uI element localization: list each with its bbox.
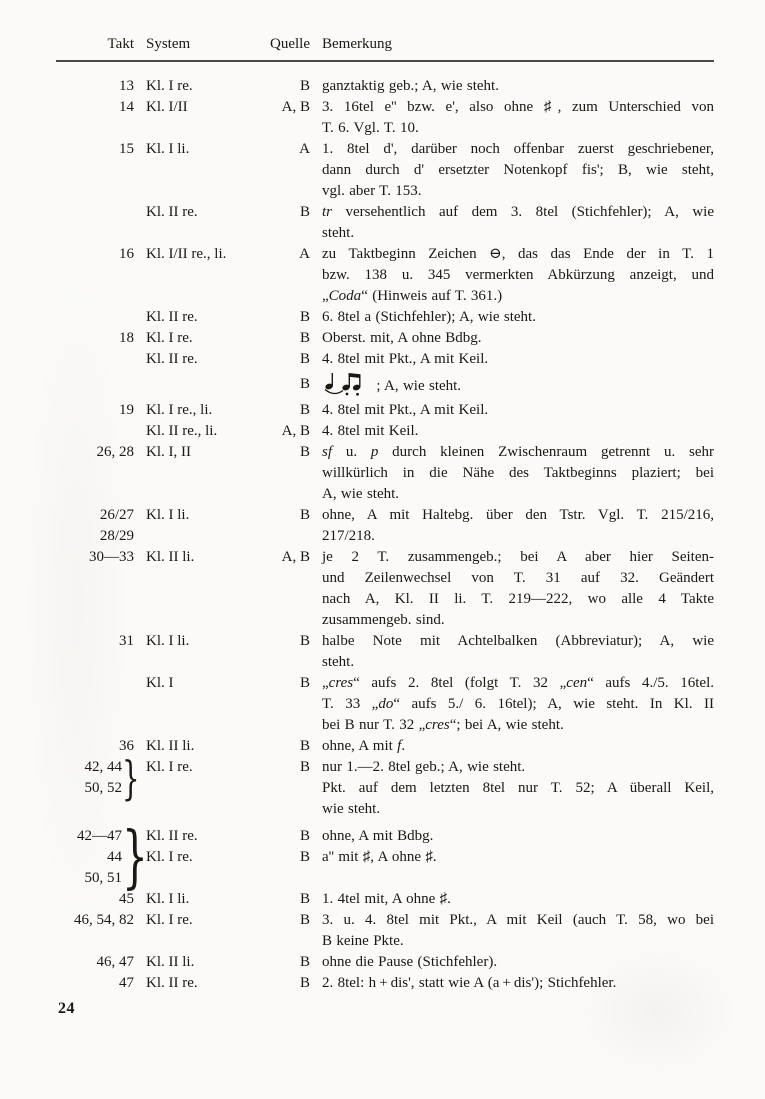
- text-segment: durch kleinen Zwischenraum getrennt u. s…: [378, 444, 714, 460]
- text-segment: 6. 8tel a (Stichfehler); A, wie steht.: [322, 309, 536, 325]
- text-segment: T. 33 „: [322, 696, 378, 712]
- music-figure-icon: [322, 370, 370, 397]
- takt-numbers: [56, 421, 134, 442]
- text-line: Kl. II re.: [146, 349, 246, 370]
- takt-numbers: [56, 370, 134, 400]
- text-line: Kl. II re.: [146, 307, 246, 328]
- italic-text: sf: [322, 444, 332, 460]
- takt-numbers: 18: [56, 328, 134, 349]
- text-line: Kl. I re.: [146, 910, 246, 931]
- text-segment: 47: [119, 975, 134, 991]
- text-segment: 50, 52: [85, 780, 123, 796]
- quelle-cell: B: [246, 736, 310, 757]
- takt-cell: 26, 28: [56, 442, 134, 505]
- text-segment: 16: [119, 246, 134, 262]
- text-segment: B: [300, 330, 310, 346]
- system-cell: Kl. I li.: [146, 631, 246, 673]
- quelle-cell: B: [246, 757, 310, 820]
- bemerkung-cell: 1. 8tel d', darüber noch offenbar zuerst…: [322, 139, 714, 202]
- bemerkung-cell: sf u. p durch kleinen Zwischenraum getre…: [322, 442, 714, 505]
- text-line: B: [246, 952, 310, 973]
- text-line: 46, 54, 82: [56, 910, 134, 931]
- takt-numbers: [56, 307, 134, 328]
- text-segment: 26, 28: [97, 444, 135, 460]
- text-line: A, B: [246, 547, 310, 568]
- text-line: 42—47: [56, 826, 122, 847]
- text-segment: Kl. I li.: [146, 141, 189, 157]
- takt-numbers: 16: [56, 244, 134, 307]
- table-row: 47Kl. II re.B2. 8tel: h + dis', statt wi…: [56, 973, 714, 994]
- text-line: B: [246, 307, 310, 328]
- text-segment: 18: [119, 330, 134, 346]
- text-segment: wie steht.: [322, 801, 380, 817]
- quelle-cell: B: [246, 349, 310, 370]
- text-segment: 1. 4tel mit, A ohne ♯.: [322, 891, 451, 907]
- text-line: Kl. II li.: [146, 736, 246, 757]
- takt-cell: 42, 4450, 52}: [56, 757, 134, 820]
- text-line: bzw. 138 u. 345 vermerkten Abkürzung anz…: [322, 265, 714, 286]
- takt-numbers: 26/2728/29: [56, 505, 134, 547]
- bemerkung-cell: tr versehentlich auf dem 3. 8tel (Stichf…: [322, 202, 714, 244]
- system-cell: Kl. I: [146, 673, 246, 736]
- col-header-takt: Takt: [56, 34, 134, 55]
- text-segment: A: [299, 246, 310, 262]
- text-segment: Kl. I li.: [146, 507, 189, 523]
- italic-text: cen: [566, 675, 587, 691]
- quelle-cell: B: [246, 952, 310, 973]
- text-segment: “ (Hinweis auf T. 361.): [361, 288, 502, 304]
- takt-cell: 15: [56, 139, 134, 202]
- bemerkung-cell: halbe Note mit Achtelbalken (Abbreviatur…: [322, 631, 714, 673]
- text-line: Kl. I/II: [146, 97, 246, 118]
- text-segment: vgl. aber T. 153.: [322, 183, 422, 199]
- takt-numbers: 46, 47: [56, 952, 134, 973]
- text-segment: 4. 8tel mit Pkt., A mit Keil.: [322, 351, 488, 367]
- text-segment: Kl. I re., li.: [146, 402, 212, 418]
- system-cell: Kl. I/II re., li.: [146, 244, 246, 307]
- text-segment: ohne die Pause (Stichfehler).: [322, 954, 497, 970]
- text-segment: A: [299, 141, 310, 157]
- table-row: 36Kl. II li.Bohne, A mit f.: [56, 736, 714, 757]
- text-line: B keine Pkte.: [322, 931, 714, 952]
- bemerkung-cell: ohne die Pause (Stichfehler).: [322, 952, 714, 973]
- text-segment: nach A, Kl. II li. T. 219—222, wo alle 4…: [322, 591, 714, 607]
- takt-cell: 42—474450, 51}: [56, 826, 134, 889]
- text-line: B: [246, 349, 310, 370]
- text-segment: Oberst. mit, A ohne Bdbg.: [322, 330, 481, 346]
- text-segment: 46, 47: [97, 954, 135, 970]
- system-cell: Kl. I re.: [146, 757, 246, 820]
- text-segment: B: [300, 376, 310, 392]
- text-line: Kl. II re.: [146, 202, 246, 223]
- system-cell: Kl. I li.: [146, 139, 246, 202]
- text-segment: B: [300, 828, 310, 844]
- text-line: zu Taktbeginn Zeichen ⊖, das das Ende de…: [322, 244, 714, 265]
- quelle-cell: B: [246, 400, 310, 421]
- table-row: Kl. II re.B4. 8tel mit Pkt., A mit Keil.: [56, 349, 714, 370]
- text-line: A, B: [246, 97, 310, 118]
- text-line: zusammengeb. sind.: [322, 610, 714, 631]
- takt-cell: [56, 202, 134, 244]
- system-cell: Kl. I re.: [146, 910, 246, 952]
- text-segment: Kl. II re.: [146, 309, 198, 325]
- text-line: Kl. I re.: [146, 328, 246, 349]
- text-line: Kl. II re.: [146, 826, 246, 847]
- text-segment: 30—33: [89, 549, 134, 565]
- text-segment: 3. 16tel e'' bzw. e', also ohne ♯, zum U…: [322, 99, 714, 115]
- text-segment: B: [300, 675, 310, 691]
- system-cell: Kl. II re.Kl. I re.: [146, 826, 246, 889]
- table-row: 18Kl. I re.BOberst. mit, A ohne Bdbg.: [56, 328, 714, 349]
- bemerkung-cell: ohne, A mit Bdbg.a'' mit ♯, A ohne ♯.: [322, 826, 714, 889]
- text-line: 31: [56, 631, 134, 652]
- quelle-cell: B: [246, 307, 310, 328]
- quelle-cell: BB: [246, 826, 310, 889]
- bemerkung-cell: ohne, A mit f.: [322, 736, 714, 757]
- text-segment: A, wie steht.: [322, 486, 399, 502]
- table-header: Takt System Quelle Bemerkung: [56, 34, 714, 55]
- table-row: 46, 47Kl. II li.Bohne die Pause (Stichfe…: [56, 952, 714, 973]
- text-segment: Kl. I re.: [146, 849, 193, 865]
- quelle-cell: B: [246, 631, 310, 673]
- text-segment: Kl. II re.: [146, 204, 198, 220]
- text-line: 50, 52: [56, 778, 122, 799]
- table-row: 26/2728/29Kl. I li.Bohne, A mit Haltebg.…: [56, 505, 714, 547]
- text-line: Kl. II li.: [146, 547, 246, 568]
- text-segment: B: [300, 975, 310, 991]
- takt-cell: 16: [56, 244, 134, 307]
- text-line: tr versehentlich auf dem 3. 8tel (Stichf…: [322, 202, 714, 223]
- table-row: 42, 4450, 52}Kl. I re.Bnur 1.—2. 8tel ge…: [56, 757, 714, 820]
- text-line: 30—33: [56, 547, 134, 568]
- text-line: steht.: [322, 652, 714, 673]
- takt-cell: 47: [56, 973, 134, 994]
- text-line: ohne die Pause (Stichfehler).: [322, 952, 714, 973]
- text-segment: 31: [119, 633, 134, 649]
- text-segment: Kl. II re.: [146, 351, 198, 367]
- system-cell: Kl. I/II: [146, 97, 246, 139]
- bemerkung-cell: ; A, wie steht.: [322, 370, 714, 400]
- text-line: 19: [56, 400, 134, 421]
- text-line: ohne, A mit f.: [322, 736, 714, 757]
- text-segment: Kl. I li.: [146, 891, 189, 907]
- bemerkung-cell: 6. 8tel a (Stichfehler); A, wie steht.: [322, 307, 714, 328]
- text-segment: steht.: [322, 225, 354, 241]
- text-line: 3. u. 4. 8tel mit Pkt., A mit Keil (auch…: [322, 910, 714, 931]
- text-line: Kl. II re.: [146, 973, 246, 994]
- text-segment: Kl. I re.: [146, 330, 193, 346]
- text-segment: zusammengeb. sind.: [322, 612, 445, 628]
- text-segment: T. 6. Vgl. T. 10.: [322, 120, 419, 136]
- text-segment: Kl. II re.: [146, 828, 198, 844]
- takt-numbers: [56, 673, 134, 736]
- text-line: Kl. I li.: [146, 139, 246, 160]
- bemerkung-cell: 3. 16tel e'' bzw. e', also ohne ♯, zum U…: [322, 97, 714, 139]
- text-line: B: [246, 400, 310, 421]
- text-segment: B: [300, 402, 310, 418]
- text-line: steht.: [322, 223, 714, 244]
- page-number: 24: [58, 1000, 75, 1018]
- text-segment: ohne, A mit Bdbg.: [322, 828, 433, 844]
- text-segment: Kl. II li.: [146, 549, 194, 565]
- bemerkung-cell: ohne, A mit Haltebg. über den Tstr. Vgl.…: [322, 505, 714, 547]
- text-line: B: [246, 505, 310, 526]
- system-cell: Kl. I, II: [146, 442, 246, 505]
- quelle-cell: B: [246, 910, 310, 952]
- system-cell: Kl. II re., li.: [146, 421, 246, 442]
- quelle-cell: B: [246, 442, 310, 505]
- system-cell: [146, 370, 246, 400]
- bemerkung-cell: 4. 8tel mit Pkt., A mit Keil.: [322, 349, 714, 370]
- text-segment: A, B: [282, 549, 310, 565]
- takt-numbers: 47: [56, 973, 134, 994]
- text-segment: B: [300, 738, 310, 754]
- bemerkung-cell: 3. u. 4. 8tel mit Pkt., A mit Keil (auch…: [322, 910, 714, 952]
- text-line: Kl. I re.: [146, 847, 246, 868]
- text-segment: B: [300, 309, 310, 325]
- text-segment: B: [300, 912, 310, 928]
- text-segment: 42—47: [77, 828, 122, 844]
- text-line: 2. 8tel: h + dis', statt wie A (a + dis'…: [322, 973, 714, 994]
- text-segment: 14: [119, 99, 134, 115]
- bemerkung-cell: ganztaktig geb.; A, wie steht.: [322, 76, 714, 97]
- italic-text: cres: [329, 675, 353, 691]
- text-segment: ohne, A mit Haltebg. über den Tstr. Vgl.…: [322, 507, 714, 523]
- text-line: Kl. I li.: [146, 631, 246, 652]
- text-segment: 4. 8tel mit Pkt., A mit Keil.: [322, 402, 488, 418]
- bemerkung-cell: Oberst. mit, A ohne Bdbg.: [322, 328, 714, 349]
- text-line: B: [246, 442, 310, 463]
- text-line: T. 6. Vgl. T. 10.: [322, 118, 714, 139]
- text-line: Pkt. auf dem letzten 8tel nur T. 52; A ü…: [322, 778, 714, 799]
- takt-numbers: 30—33: [56, 547, 134, 631]
- text-line: nach A, Kl. II li. T. 219—222, wo alle 4…: [322, 589, 714, 610]
- quelle-cell: A, B: [246, 547, 310, 631]
- takt-cell: 31: [56, 631, 134, 673]
- system-cell: Kl. II re.: [146, 202, 246, 244]
- text-segment: 2. 8tel: h + dis', statt wie A (a + dis'…: [322, 975, 616, 991]
- text-segment: 19: [119, 402, 134, 418]
- text-segment: B: [300, 633, 310, 649]
- bemerkung-cell: 1. 4tel mit, A ohne ♯.: [322, 889, 714, 910]
- text-segment: “ aufs 2. 8tel (folgt T. 32 „: [353, 675, 566, 691]
- text-segment: 50, 51: [85, 870, 123, 886]
- text-line: 26/27: [56, 505, 134, 526]
- scanned-page: Takt System Quelle Bemerkung 13Kl. I re.…: [0, 0, 765, 1099]
- quelle-cell: A, B: [246, 421, 310, 442]
- text-line: B: [246, 847, 310, 868]
- bemerkung-cell: nur 1.—2. 8tel geb.; A, wie steht.Pkt. a…: [322, 757, 714, 820]
- text-line: bei B nur T. 32 „cres“; bei A, wie steht…: [322, 715, 714, 736]
- text-line: je 2 T. zusammengeb.; bei A aber hier Se…: [322, 547, 714, 568]
- quelle-cell: A: [246, 244, 310, 307]
- table-row: 13Kl. I re.Bganztaktig geb.; A, wie steh…: [56, 76, 714, 97]
- text-segment: Kl. II li.: [146, 954, 194, 970]
- bemerkung-cell: je 2 T. zusammengeb.; bei A aber hier Se…: [322, 547, 714, 631]
- italic-text: tr: [322, 204, 332, 220]
- text-line: 15: [56, 139, 134, 160]
- takt-numbers: 14: [56, 97, 134, 139]
- text-line: dann durch d' ersetzter Notenkopf fis'; …: [322, 160, 714, 181]
- text-segment: „: [322, 288, 329, 304]
- text-segment: 46, 54, 82: [74, 912, 134, 928]
- italic-text: do: [378, 696, 393, 712]
- text-segment: Kl. I re.: [146, 912, 193, 928]
- text-line: B: [246, 631, 310, 652]
- quelle-cell: B: [246, 505, 310, 547]
- takt-numbers: 42, 4450, 52: [56, 757, 122, 820]
- text-segment: B: [300, 78, 310, 94]
- quelle-cell: A, B: [246, 97, 310, 139]
- table-row: 46, 54, 82Kl. I re.B3. u. 4. 8tel mit Pk…: [56, 910, 714, 952]
- table-row: 26, 28Kl. I, IIBsf u. p durch kleinen Zw…: [56, 442, 714, 505]
- table-row: 30—33Kl. II li.A, Bje 2 T. zusammengeb.;…: [56, 547, 714, 631]
- text-segment: Kl. I: [146, 675, 174, 691]
- takt-cell: 26/2728/29: [56, 505, 134, 547]
- text-line: 18: [56, 328, 134, 349]
- text-segment: zu Taktbeginn Zeichen ⊖, das das Ende de…: [322, 246, 714, 262]
- text-line: B: [246, 76, 310, 97]
- system-cell: Kl. II re.: [146, 307, 246, 328]
- text-line: 6. 8tel a (Stichfehler); A, wie steht.: [322, 307, 714, 328]
- text-line: vgl. aber T. 153.: [322, 181, 714, 202]
- text-segment: halbe Note mit Achtelbalken (Abbreviatur…: [322, 633, 714, 649]
- text-line: 47: [56, 973, 134, 994]
- text-line: 13: [56, 76, 134, 97]
- text-segment: u.: [332, 444, 371, 460]
- col-header-quelle: Quelle: [246, 34, 310, 55]
- takt-cell: 30—33: [56, 547, 134, 631]
- text-line: B: [246, 910, 310, 931]
- text-segment: B: [300, 954, 310, 970]
- bemerkung-cell: zu Taktbeginn Zeichen ⊖, das das Ende de…: [322, 244, 714, 307]
- text-segment: Kl. II li.: [146, 738, 194, 754]
- text-segment: je 2 T. zusammengeb.; bei A aber hier Se…: [322, 549, 714, 565]
- text-line: A: [246, 139, 310, 160]
- text-line: T. 33 „do“ aufs 5./ 6. 16tel); A, wie st…: [322, 694, 714, 715]
- text-line: willkürlich in die Nähe des Taktbeginns …: [322, 463, 714, 484]
- text-line: Kl. I li.: [146, 889, 246, 910]
- quelle-cell: B: [246, 673, 310, 736]
- text-segment: a'' mit ♯, A ohne ♯.: [322, 849, 437, 865]
- table-row: 16Kl. I/II re., li.Azu Taktbeginn Zeiche…: [56, 244, 714, 307]
- bemerkung-cell: 4. 8tel mit Keil.: [322, 421, 714, 442]
- text-segment: A, B: [282, 99, 310, 115]
- takt-cell: [56, 349, 134, 370]
- text-segment: B: [300, 891, 310, 907]
- system-cell: Kl. I li.: [146, 889, 246, 910]
- takt-cell: 18: [56, 328, 134, 349]
- bemerkung-cell: „cres“ aufs 2. 8tel (folgt T. 32 „cen“ a…: [322, 673, 714, 736]
- text-segment: Kl. I, II: [146, 444, 191, 460]
- table-row: 14Kl. I/IIA, B3. 16tel e'' bzw. e', also…: [56, 97, 714, 139]
- takt-cell: [56, 307, 134, 328]
- text-line: 1. 8tel d', darüber noch offenbar zuerst…: [322, 139, 714, 160]
- text-segment: 44: [107, 849, 122, 865]
- system-cell: Kl. II li.: [146, 547, 246, 631]
- text-line: A: [246, 244, 310, 265]
- text-segment: willkürlich in die Nähe des Taktbeginns …: [322, 465, 714, 481]
- text-line: nur 1.—2. 8tel geb.; A, wie steht.: [322, 757, 714, 778]
- takt-cell: 46, 54, 82: [56, 910, 134, 952]
- header-rule: [56, 60, 714, 62]
- table-body: 13Kl. I re.Bganztaktig geb.; A, wie steh…: [56, 76, 714, 994]
- text-segment: Kl. I li.: [146, 633, 189, 649]
- text-line: 28/29: [56, 526, 134, 547]
- system-cell: Kl. I li.: [146, 505, 246, 547]
- italic-text: cres: [425, 717, 449, 733]
- system-cell: Kl. I re.: [146, 76, 246, 97]
- text-line: B: [246, 826, 310, 847]
- text-line: 4. 8tel mit Keil.: [322, 421, 714, 442]
- takt-cell: 19: [56, 400, 134, 421]
- takt-cell: [56, 370, 134, 400]
- quelle-cell: B: [246, 889, 310, 910]
- quelle-cell: B: [246, 202, 310, 244]
- text-segment: bei B nur T. 32 „: [322, 717, 425, 733]
- bemerkung-cell: 4. 8tel mit Pkt., A mit Keil.: [322, 400, 714, 421]
- system-cell: Kl. I re., li.: [146, 400, 246, 421]
- text-line: 217/218.: [322, 526, 714, 547]
- takt-cell: [56, 421, 134, 442]
- quelle-cell: B: [246, 370, 310, 400]
- text-line: 16: [56, 244, 134, 265]
- takt-cell: 13: [56, 76, 134, 97]
- text-line: B: [246, 889, 310, 910]
- text-line: ohne, A mit Haltebg. über den Tstr. Vgl.…: [322, 505, 714, 526]
- text-line: 14: [56, 97, 134, 118]
- text-line: 1. 4tel mit, A ohne ♯.: [322, 889, 714, 910]
- text-segment: “; bei A, wie steht.: [450, 717, 564, 733]
- text-line: ohne, A mit Bdbg.: [322, 826, 714, 847]
- system-cell: Kl. II re.: [146, 973, 246, 994]
- text-segment: Kl. I re.: [146, 759, 193, 775]
- col-header-system: System: [146, 34, 246, 55]
- text-line: Kl. I/II re., li.: [146, 244, 246, 265]
- table-row: 42—474450, 51}Kl. II re.Kl. I re.BBohne,…: [56, 826, 714, 889]
- text-line: ganztaktig geb.; A, wie steht.: [322, 76, 714, 97]
- system-cell: Kl. II re.: [146, 349, 246, 370]
- brace-icon: }: [122, 826, 129, 889]
- text-line: „cres“ aufs 2. 8tel (folgt T. 32 „cen“ a…: [322, 673, 714, 694]
- text-segment: Kl. II re., li.: [146, 423, 217, 439]
- quelle-cell: B: [246, 76, 310, 97]
- table-row: Kl. IB„cres“ aufs 2. 8tel (folgt T. 32 „…: [56, 673, 714, 736]
- text-segment: 15: [119, 141, 134, 157]
- text-line: B: [246, 973, 310, 994]
- system-cell: Kl. II li.: [146, 952, 246, 973]
- text-segment: bzw. 138 u. 345 vermerkten Abkürzung anz…: [322, 267, 714, 283]
- text-segment: 3. u. 4. 8tel mit Pkt., A mit Keil (auch…: [322, 912, 714, 928]
- text-segment: und Zeilenwechsel von T. 31 auf 32. Geän…: [322, 570, 714, 586]
- text-line: Kl. II re., li.: [146, 421, 246, 442]
- text-segment: 13: [119, 78, 134, 94]
- text-line: B: [246, 202, 310, 223]
- brace-icon: }: [122, 757, 129, 820]
- text-segment: B: [300, 759, 310, 775]
- text-segment: B: [300, 204, 310, 220]
- text-segment: Kl. I re.: [146, 78, 193, 94]
- takt-numbers: [56, 202, 134, 244]
- system-cell: Kl. II li.: [146, 736, 246, 757]
- text-line: Oberst. mit, A ohne Bdbg.: [322, 328, 714, 349]
- text-segment: ; A, wie steht.: [372, 378, 461, 394]
- table-row: Kl. II re.Btr versehentlich auf dem 3. 8…: [56, 202, 714, 244]
- text-segment: B: [300, 444, 310, 460]
- table-row: B ; A, wie steht.: [56, 370, 714, 400]
- italic-text: Coda: [329, 288, 362, 304]
- text-line: B: [246, 736, 310, 757]
